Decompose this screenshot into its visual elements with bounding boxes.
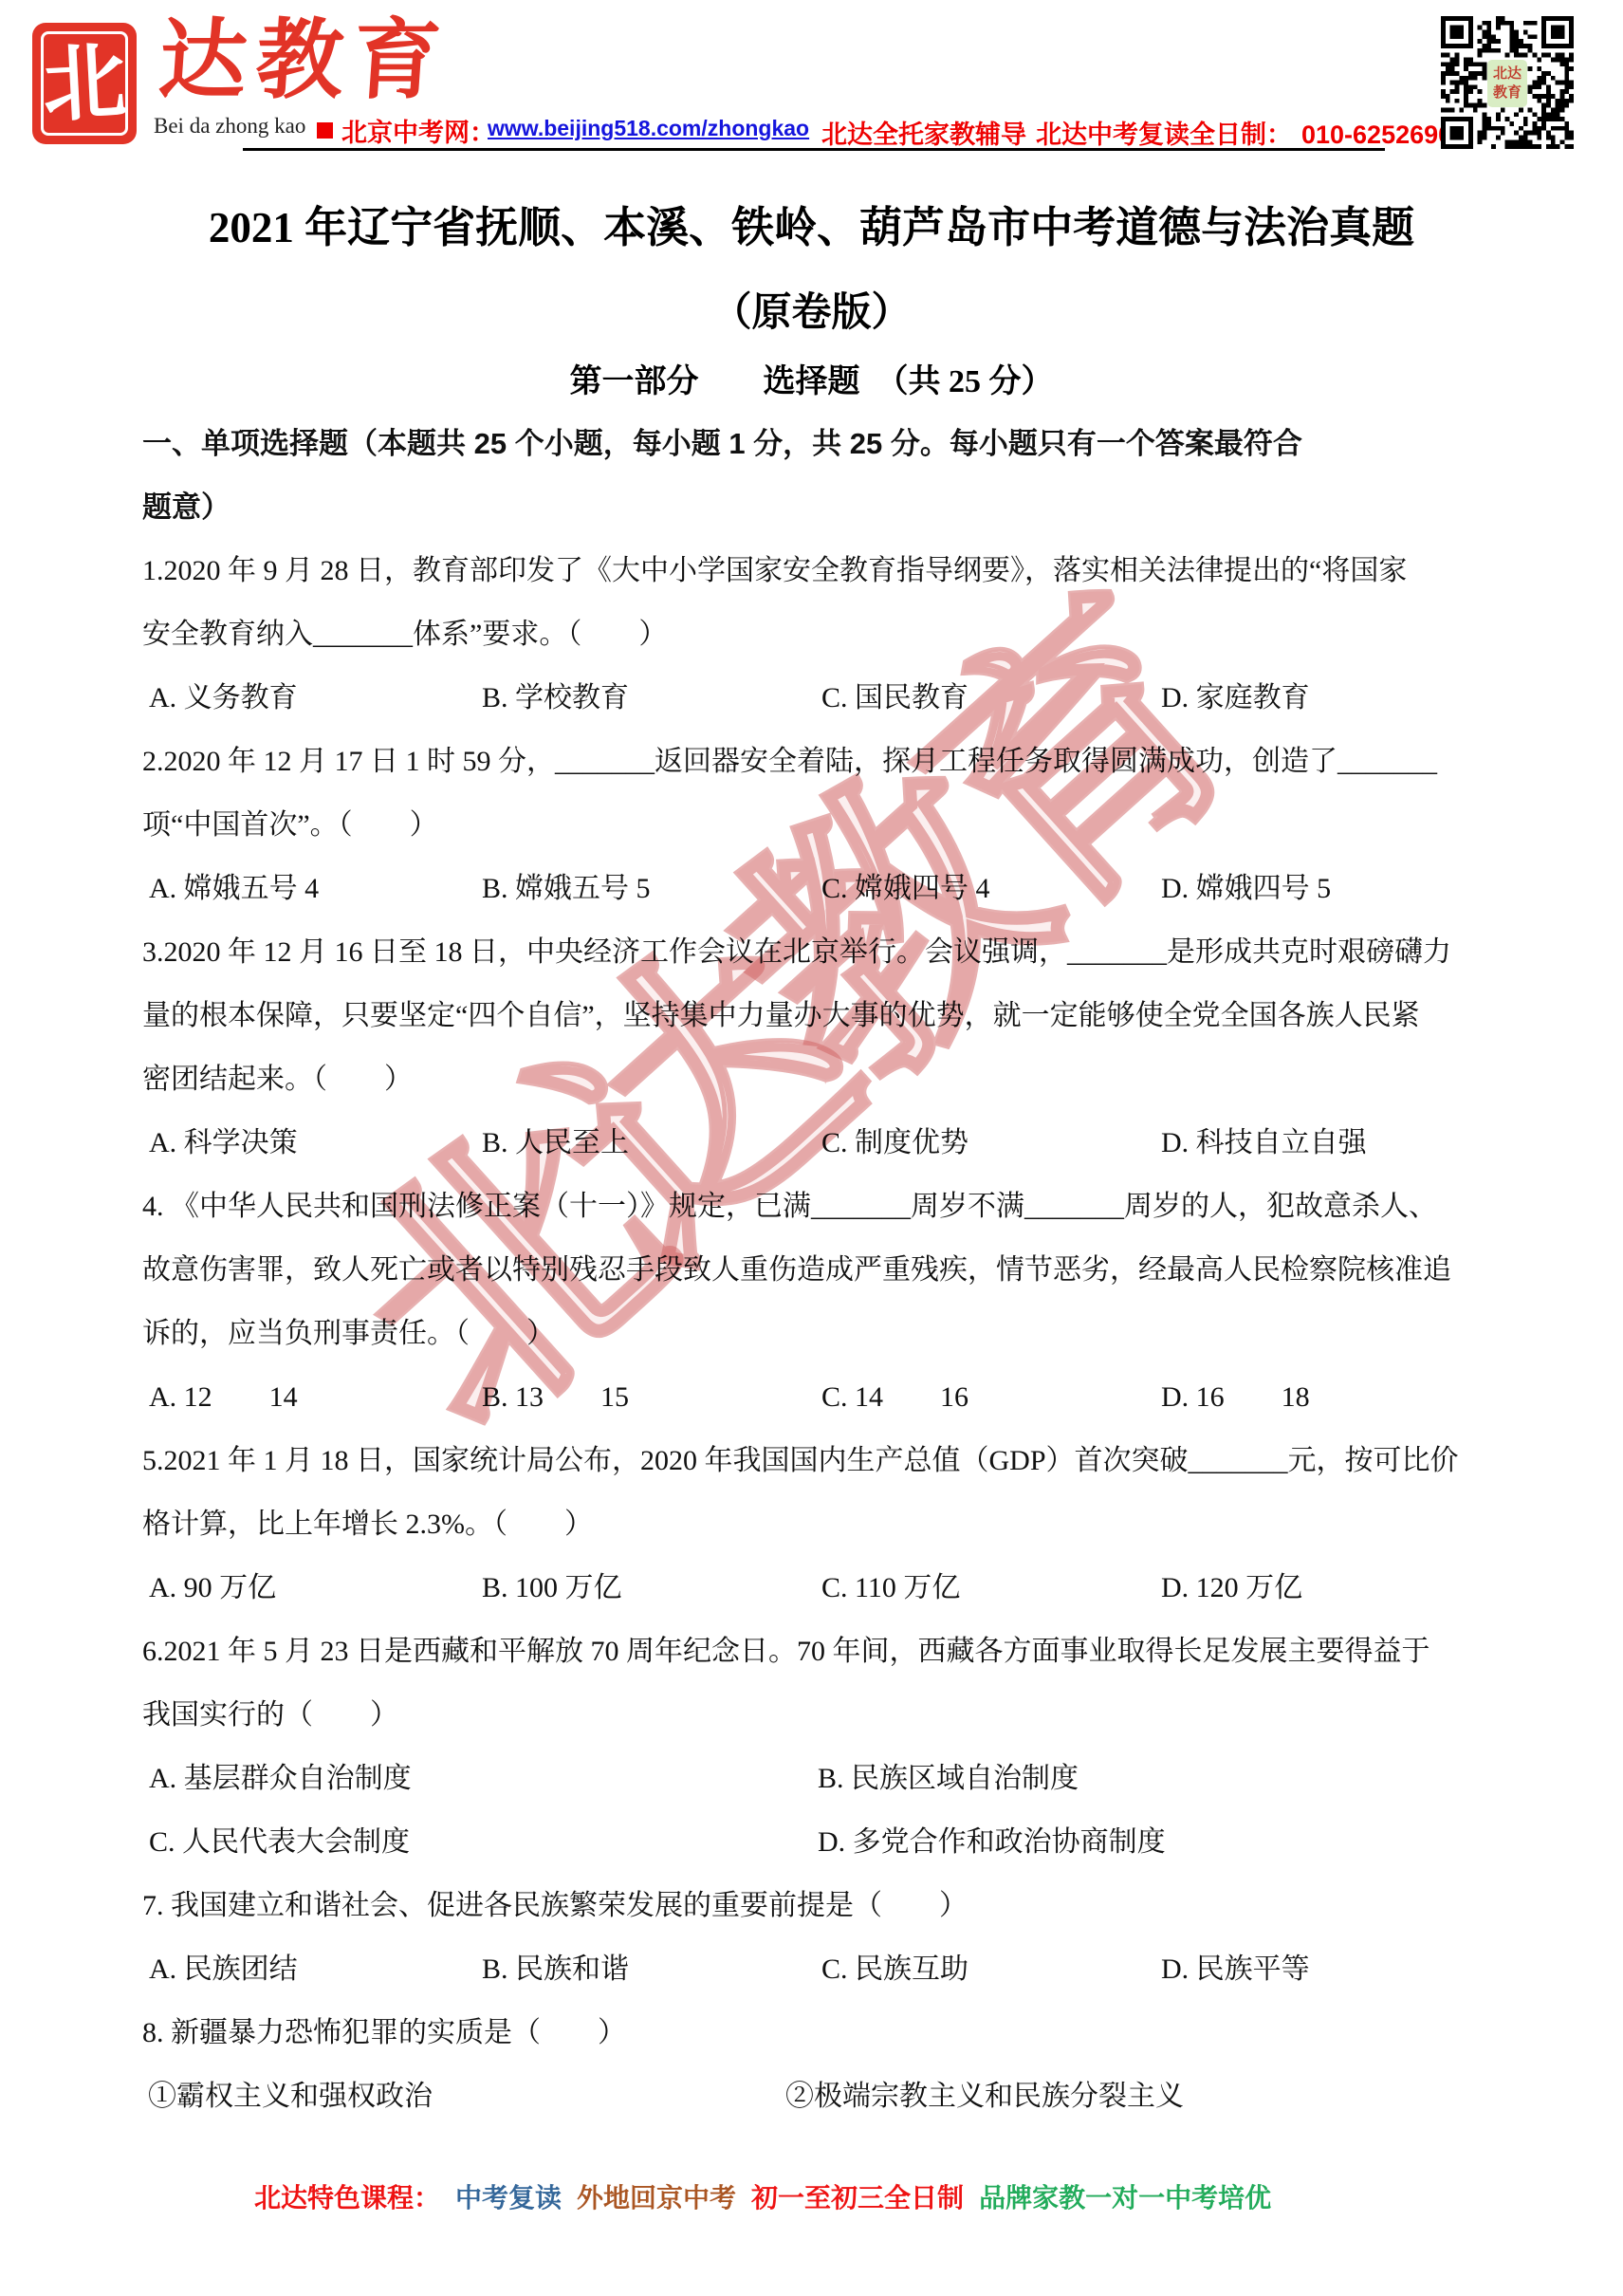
q8-items: ①霸权主义和强权政治②极端宗教主义和民族分裂主义 — [142, 2065, 1508, 2128]
page-subtitle: （原卷版） — [0, 281, 1623, 338]
q4-options: A. 12 14B. 13 15C. 14 16D. 16 18 — [142, 1365, 1508, 1429]
option-item: A. 90 万亿 — [149, 1556, 276, 1620]
q7-options: A. 民族团结B. 民族和谐C. 民族互助D. 民族平等 — [142, 1937, 1508, 2001]
option-item: D. 16 18 — [1161, 1365, 1310, 1429]
option-item: ②极端宗教主义和民族分裂主义 — [785, 2065, 1184, 2128]
header-divider — [243, 148, 1385, 151]
site-label: 北京中考网： — [341, 112, 495, 149]
option-item: D. 120 万亿 — [1161, 1556, 1302, 1620]
q1-line1: 1.2020 年 9 月 28 日，教育部印发了《大中小学国家安全教育指导纲要》… — [142, 539, 1508, 602]
q4-line1: 4. 《中华人民共和国刑法修正案（十一）》规定，已满_______周岁不满___… — [142, 1175, 1508, 1238]
option-item: C. 民族互助 — [821, 1937, 968, 2001]
footer-segment-2: 外地回京中考 — [577, 2183, 736, 2213]
option-item: B. 民族和谐 — [482, 1937, 629, 2001]
q6-options-cd: C. 人民代表大会制度D. 多党合作和政治协商制度 — [142, 1810, 1508, 1874]
q6-options-ab: A. 基层群众自治制度B. 民族区域自治制度 — [142, 1747, 1508, 1810]
page-title: 2021 年辽宁省抚顺、本溪、铁岭、葫芦岛市中考道德与法治真题 — [0, 193, 1623, 254]
option-item: ①霸权主义和强权政治 — [148, 2065, 433, 2128]
section-heading-line1: 一、单项选择题（本题共 25 个小题，每小题 1 分，共 25 分。每小题只有一… — [142, 412, 1508, 475]
footer-segment-1: 中考复读 — [455, 2183, 562, 2213]
section-heading-line2: 题意） — [142, 475, 1508, 539]
option-item: A. 12 14 — [149, 1365, 298, 1429]
q2-line1: 2.2020 年 12 月 17 日 1 时 59 分，_______返回器安全… — [142, 730, 1508, 793]
brand-subtitle: Bei da zhong kao — [154, 114, 305, 139]
qr-badge-line2: 教育 — [1493, 83, 1522, 102]
slogan-fulltime: 北达中考复读全日制： — [1036, 120, 1292, 149]
q1-line2: 安全教育纳入_______体系”要求。（ ） — [142, 602, 1508, 666]
option-item: D. 民族平等 — [1161, 1937, 1310, 2001]
qr-center-badge: 北达 教育 — [1487, 60, 1527, 107]
option-item: A. 基层群众自治制度 — [149, 1747, 412, 1810]
red-square-bullet-icon — [317, 122, 333, 139]
option-item: C. 嫦娥四号 4 — [821, 857, 990, 920]
option-item: B. 100 万亿 — [482, 1556, 622, 1620]
q1-options: A. 义务教育B. 学校教育C. 国民教育D. 家庭教育 — [142, 666, 1508, 730]
q2-options: A. 嫦娥五号 4B. 嫦娥五号 5C. 嫦娥四号 4D. 嫦娥四号 5 — [142, 857, 1508, 920]
q5-line2: 格计算，比上年增长 2.3%。（ ） — [142, 1492, 1508, 1556]
q5-line1: 5.2021 年 1 月 18 日，国家统计局公布，2020 年我国国内生产总值… — [142, 1429, 1508, 1492]
q8-line1: 8. 新疆暴力恐怖犯罪的实质是（ ） — [142, 2001, 1508, 2065]
q6-line1: 6.2021 年 5 月 23 日是西藏和平解放 70 周年纪念日。70 年间，… — [142, 1620, 1508, 1683]
q3-line3: 密团结起来。（ ） — [142, 1047, 1508, 1111]
option-item: D. 多党合作和政治协商制度 — [818, 1810, 1166, 1874]
option-item: D. 家庭教育 — [1161, 666, 1310, 730]
seal-border: 北 — [41, 31, 128, 136]
option-item: A. 嫦娥五号 4 — [149, 857, 319, 920]
option-item: D. 科技自立自强 — [1161, 1111, 1367, 1175]
option-item: C. 14 16 — [821, 1365, 968, 1429]
footer-line: 北达特色课程：中考复读外地回京中考初一至初三全日制品牌家教一对一中考培优 — [254, 2177, 1286, 2215]
option-item: B. 学校教育 — [482, 666, 629, 730]
option-item: B. 民族区域自治制度 — [818, 1747, 1079, 1810]
option-item: B. 人民至上 — [482, 1111, 629, 1175]
option-item: C. 制度优势 — [821, 1111, 968, 1175]
option-item: C. 110 万亿 — [821, 1556, 960, 1620]
q3-line2: 量的根本保障，只要坚定“四个自信”，坚持集中力量办大事的优势，就一定能够使全党全… — [142, 984, 1508, 1047]
q6-line2: 我国实行的（ ） — [142, 1683, 1508, 1747]
beida-logo-seal: 北 — [34, 25, 135, 142]
q7-line1: 7. 我国建立和谐社会、促进各民族繁荣发展的重要前提是（ ） — [142, 1874, 1508, 1937]
option-item: A. 义务教育 — [149, 666, 298, 730]
option-item: A. 科学决策 — [149, 1111, 298, 1175]
part-heading: 第一部分 选择题 （共 25 分） — [0, 355, 1623, 401]
header-slogans: 北达全托家教辅导北达中考复读全日制：010-62526900 — [821, 114, 1476, 151]
footer-segment-0: 北达特色课程： — [254, 2183, 440, 2213]
option-item: D. 嫦娥四号 5 — [1161, 857, 1331, 920]
option-item: C. 人民代表大会制度 — [149, 1810, 410, 1874]
option-item: C. 国民教育 — [821, 666, 968, 730]
q5-options: A. 90 万亿B. 100 万亿C. 110 万亿D. 120 万亿 — [142, 1556, 1508, 1620]
qr-badge-line1: 北达 — [1493, 65, 1522, 83]
q4-line2: 故意伤害罪，致人死亡或者以特别残忍手段致人重伤造成严重残疾，情节恶劣，经最高人民… — [142, 1238, 1508, 1302]
seal-character: 北 — [41, 40, 129, 127]
option-item: B. 13 15 — [482, 1365, 629, 1429]
question-area: 一、单项选择题（本题共 25 个小题，每小题 1 分，共 25 分。每小题只有一… — [142, 412, 1508, 2128]
option-item: A. 民族团结 — [149, 1937, 298, 2001]
q3-line1: 3.2020 年 12 月 16 日至 18 日，中央经济工作会议在北京举行。会… — [142, 920, 1508, 984]
site-url-link[interactable]: www.beijing518.com/zhongkao — [488, 116, 809, 141]
q4-line3: 诉的，应当负刑事责任。（ ） — [142, 1302, 1508, 1365]
footer-segment-3: 初一至初三全日制 — [751, 2183, 964, 2213]
qr-code: 北达 教育 — [1441, 16, 1574, 149]
brand-logotype: 达教育 — [156, 13, 452, 109]
q2-line2: 项“中国首次”。（ ） — [142, 793, 1508, 857]
slogan-tutoring: 北达全托家教辅导 — [821, 120, 1026, 149]
option-item: B. 嫦娥五号 5 — [482, 857, 651, 920]
q3-options: A. 科学决策B. 人民至上C. 制度优势D. 科技自立自强 — [142, 1111, 1508, 1175]
footer-segment-4: 品牌家教一对一中考培优 — [979, 2183, 1271, 2213]
document-page: 北 达教育 Bei da zhong kao 北京中考网： www.beijin… — [0, 0, 1623, 2296]
